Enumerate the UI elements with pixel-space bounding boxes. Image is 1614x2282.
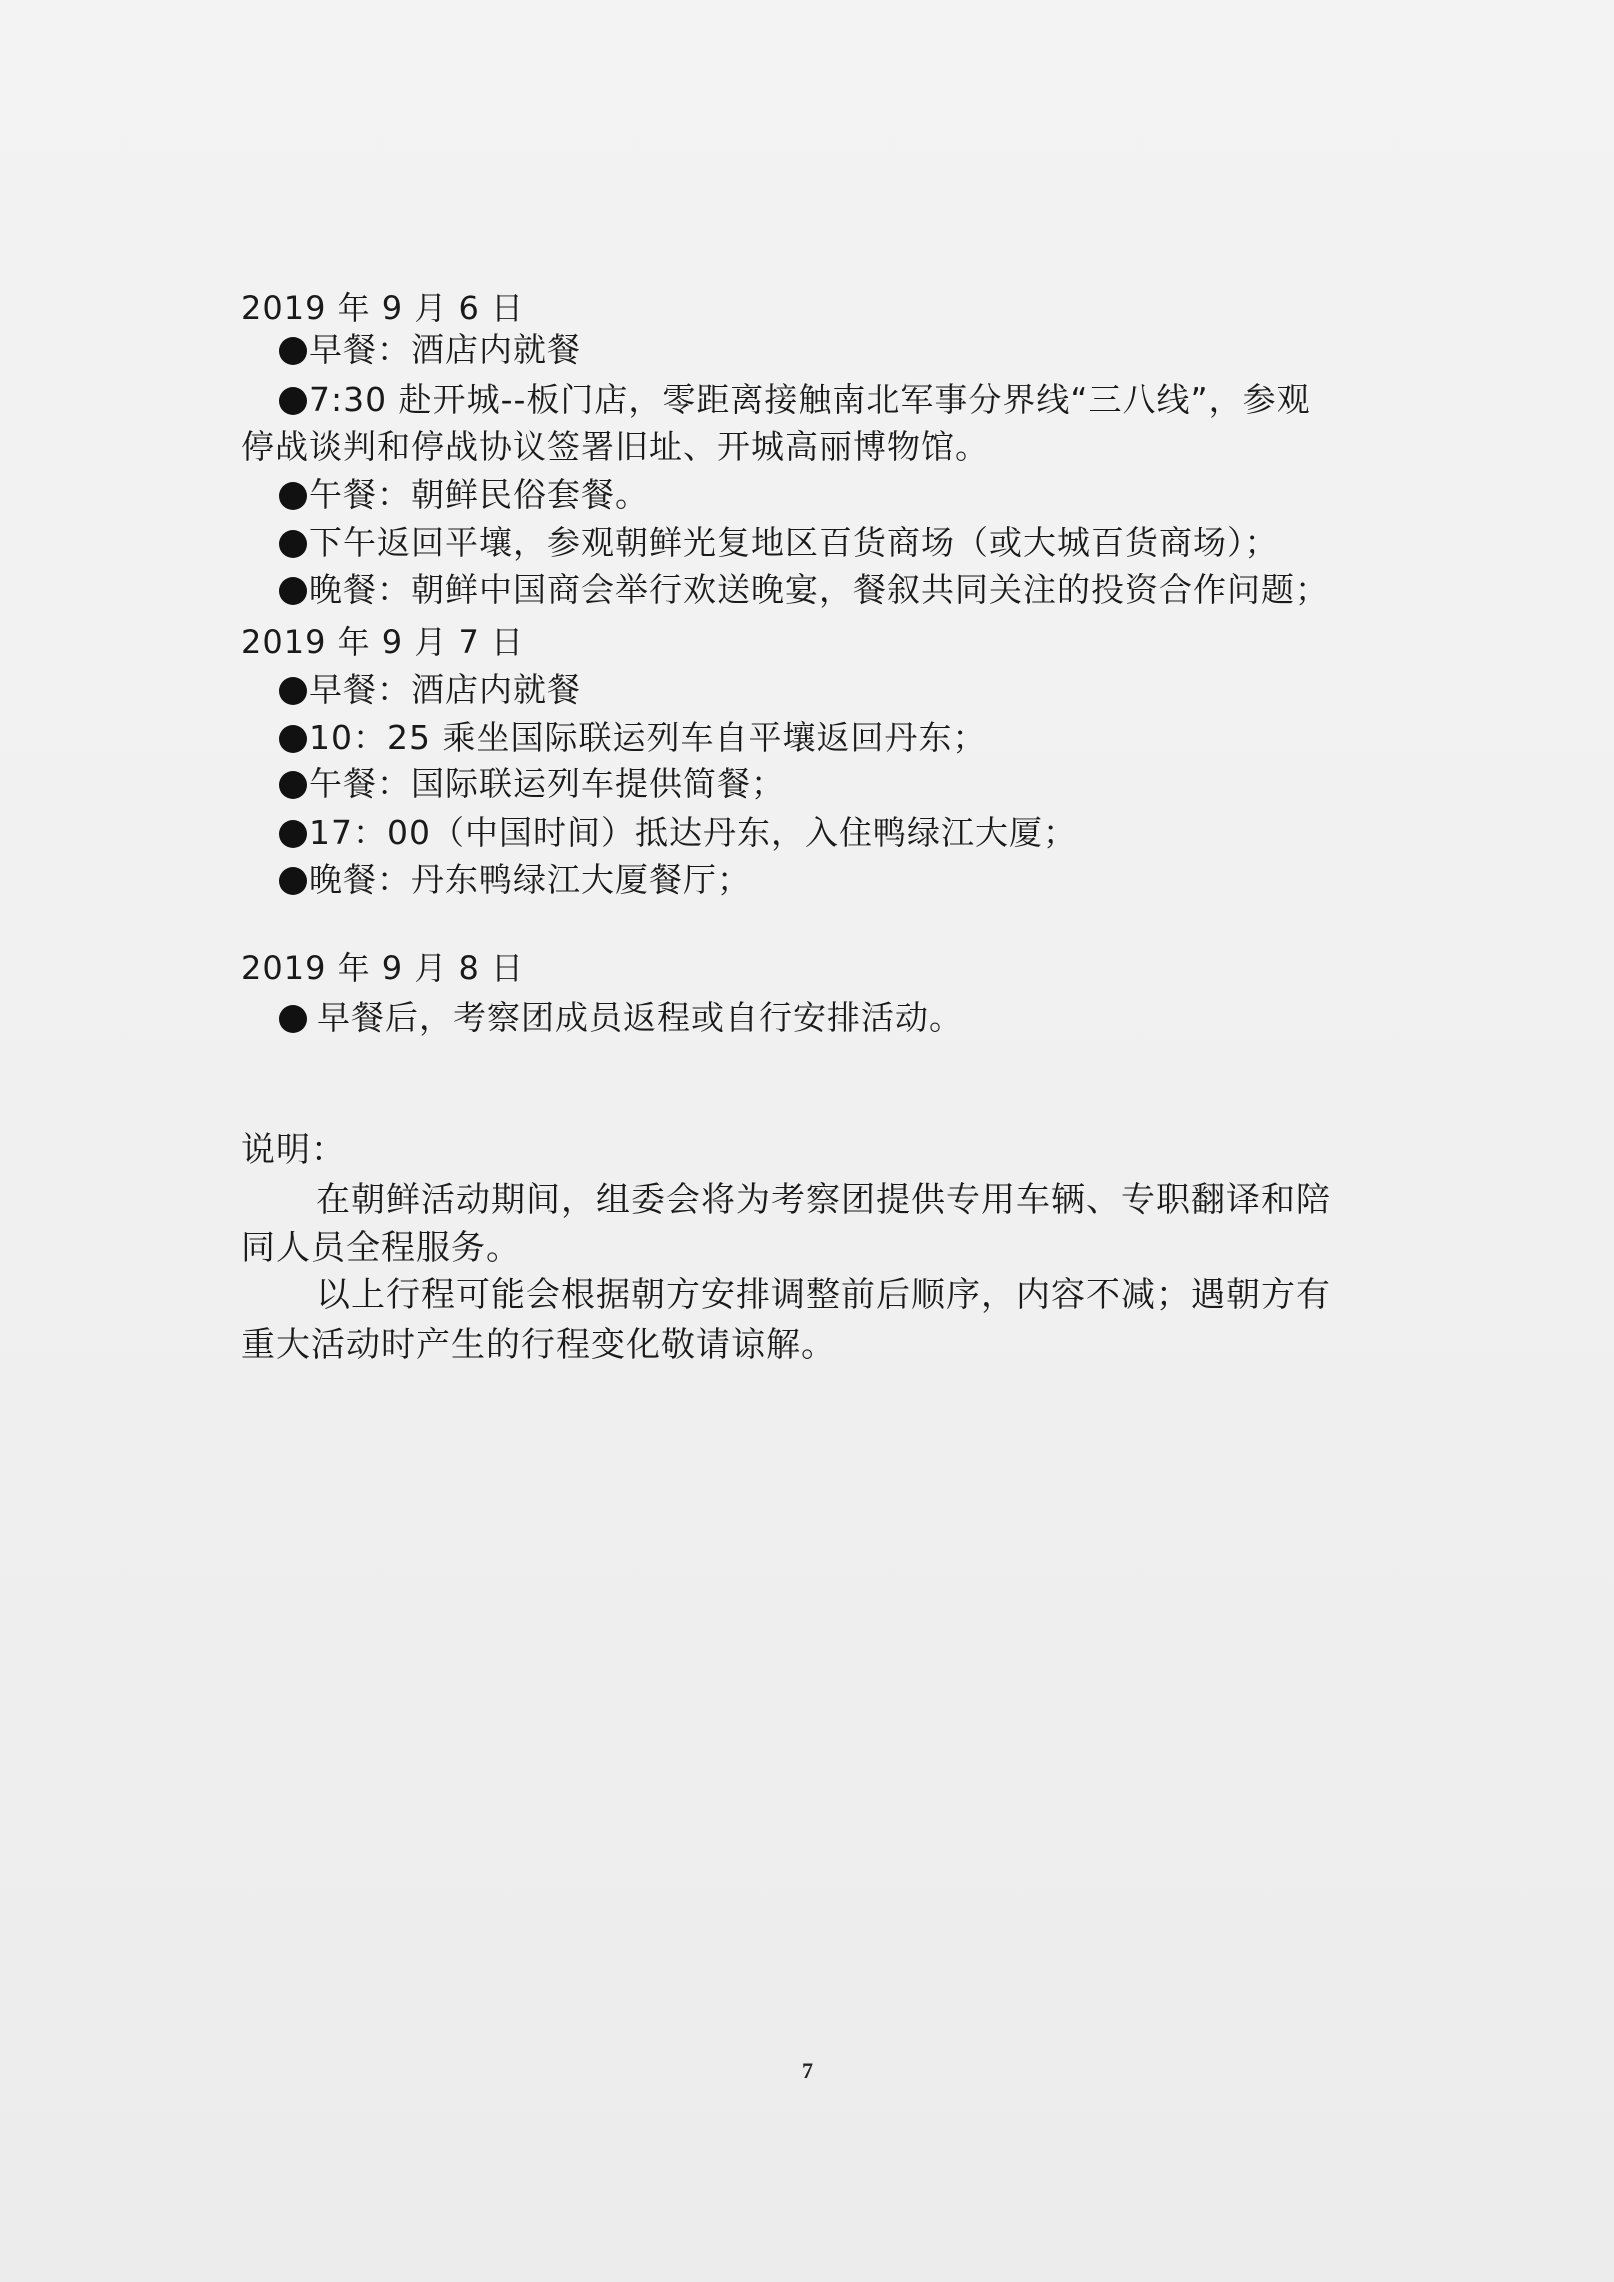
bullet-icon <box>279 482 307 510</box>
itinerary-item-text: 下午返回平壤，参观朝鲜光复地区百货商场（或大城百货商场）； <box>309 523 1279 562</box>
notes-paragraph-first-line: 在朝鲜活动期间，组委会将为考察团提供专用车辆、专职翻译和陪 <box>316 1180 1331 1220</box>
itinerary-item: 10：25 乘坐国际联运列车自平壤返回丹东； <box>279 718 986 758</box>
itinerary-item-text: 17：00（中国时间）抵达丹东，入住鸭绿江大厦； <box>309 813 1077 852</box>
page-number: 7 <box>802 2058 813 2084</box>
itinerary-item: 早餐：酒店内就餐 <box>279 670 581 710</box>
bullet-icon <box>279 771 307 799</box>
itinerary-item: 午餐：朝鲜民俗套餐。 <box>279 475 649 515</box>
itinerary-item: 晚餐：朝鲜中国商会举行欢送晚宴，餐叙共同关注的投资合作问题； <box>279 570 1329 610</box>
itinerary-item-text: 晚餐：朝鲜中国商会举行欢送晚宴，餐叙共同关注的投资合作问题； <box>309 570 1329 609</box>
bullet-icon <box>279 387 307 415</box>
itinerary-item: 早餐后，考察团成员返程或自行安排活动。 <box>279 998 963 1038</box>
bullet-icon <box>279 1005 307 1033</box>
day-date: 2019 年 9 月 6 日 <box>241 288 524 328</box>
itinerary-item-text: 晚餐：丹东鸭绿江大厦餐厅； <box>309 860 751 899</box>
itinerary-item: 午餐：国际联运列车提供简餐； <box>279 764 785 804</box>
bullet-icon <box>279 577 307 605</box>
day-date: 2019 年 9 月 8 日 <box>241 948 524 988</box>
notes-paragraph-continuation: 同人员全程服务。 <box>241 1228 521 1268</box>
notes-paragraph-continuation: 重大活动时产生的行程变化敬请谅解。 <box>241 1325 836 1365</box>
notes-heading: 说明： <box>241 1130 346 1170</box>
itinerary-item-text: 早餐后，考察团成员返程或自行安排活动。 <box>317 998 963 1037</box>
itinerary-item: 早餐：酒店内就餐 <box>279 330 581 370</box>
notes-paragraph-first-line: 以上行程可能会根据朝方安排调整前后顺序，内容不减；遇朝方有 <box>316 1275 1331 1315</box>
bullet-icon <box>279 820 307 848</box>
itinerary-item: 下午返回平壤，参观朝鲜光复地区百货商场（或大城百货商场）； <box>279 523 1279 563</box>
itinerary-item-text: 午餐：朝鲜民俗套餐。 <box>309 475 649 514</box>
itinerary-item: 晚餐：丹东鸭绿江大厦餐厅； <box>279 860 751 900</box>
itinerary-item-text: 早餐：酒店内就餐 <box>309 330 581 369</box>
itinerary-item: 17：00（中国时间）抵达丹东，入住鸭绿江大厦； <box>279 813 1077 853</box>
bullet-icon <box>279 337 307 365</box>
bullet-icon <box>279 867 307 895</box>
document-page: 2019 年 9 月 6 日 早餐：酒店内就餐 7:30 赴开城--板门店，零距… <box>0 0 1614 2282</box>
bullet-icon <box>279 725 307 753</box>
itinerary-item-text: 午餐：国际联运列车提供简餐； <box>309 764 785 803</box>
itinerary-item-continuation: 停战谈判和停战协议签署旧址、开城高丽博物馆。 <box>241 427 989 467</box>
day-date: 2019 年 9 月 7 日 <box>241 622 524 662</box>
itinerary-item-text: 10：25 乘坐国际联运列车自平壤返回丹东； <box>309 718 986 757</box>
bullet-icon <box>279 530 307 558</box>
itinerary-item-text: 早餐：酒店内就餐 <box>309 670 581 709</box>
itinerary-item-text: 7:30 赴开城--板门店，零距离接触南北军事分界线“三八线”，参观 <box>309 380 1311 419</box>
itinerary-item: 7:30 赴开城--板门店，零距离接触南北军事分界线“三八线”，参观 <box>279 380 1311 420</box>
bullet-icon <box>279 677 307 705</box>
